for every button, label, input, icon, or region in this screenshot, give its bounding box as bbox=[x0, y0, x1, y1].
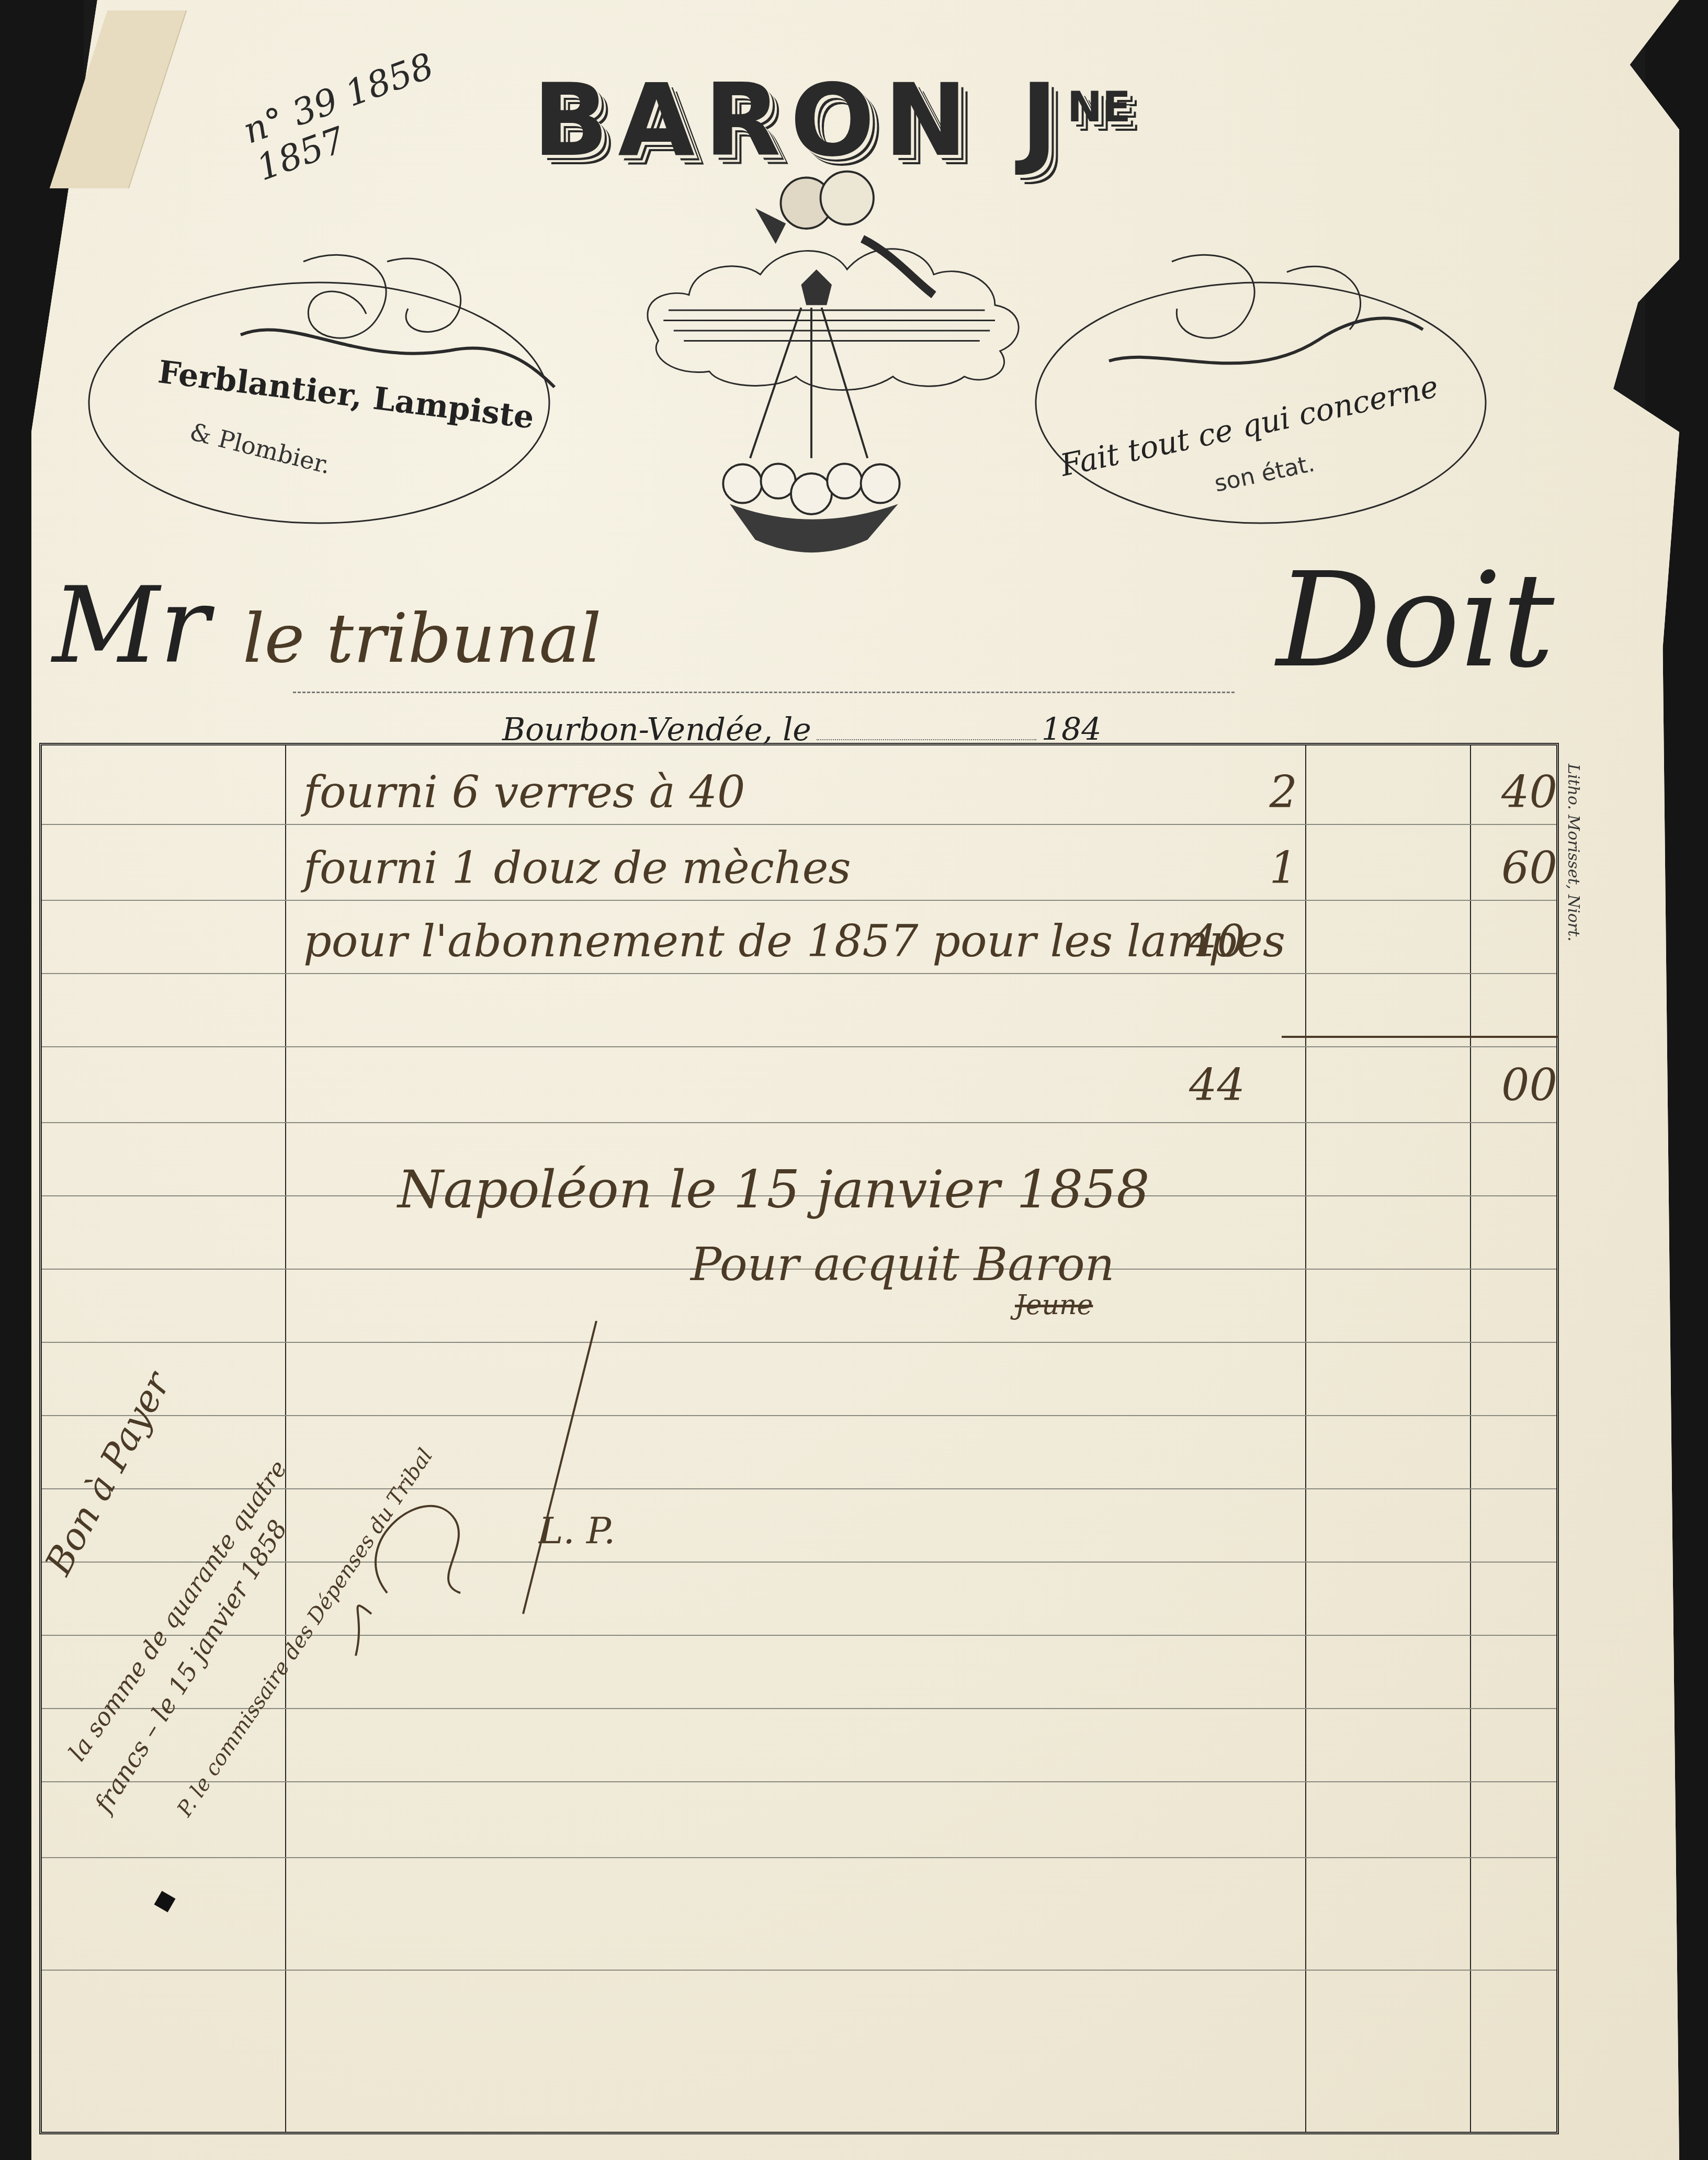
line-item-description: fourni 1 douz de mèches bbox=[303, 842, 851, 894]
ruled-line bbox=[42, 973, 1556, 974]
recipient-line: Mr le tribunal bbox=[52, 565, 602, 687]
brand-name: BARON J bbox=[533, 63, 1067, 178]
salutation: Mr bbox=[52, 565, 209, 687]
recipient-name: le tribunal bbox=[243, 598, 602, 678]
ruled-line bbox=[42, 1857, 1556, 1858]
invoice-table: fourni 6 verres à 40 2 40 fourni 1 douz … bbox=[39, 743, 1559, 2134]
line-item-francs: 2 bbox=[1167, 766, 1297, 818]
ruled-line bbox=[42, 1342, 1556, 1343]
date-blank bbox=[817, 739, 1036, 740]
payment-order-line3: francs – le 15 janvier 1858 bbox=[89, 1515, 293, 1818]
receipt-place-date: Napoléon le 15 janvier 1858 bbox=[398, 1159, 1150, 1220]
letterhead-brand: BARON JNE bbox=[528, 63, 1135, 178]
total-centimes: 00 bbox=[1501, 1059, 1606, 1111]
owes-heading: Doit bbox=[1276, 544, 1554, 696]
column-divider-description bbox=[285, 745, 286, 2132]
ruled-line bbox=[42, 1046, 1556, 1047]
line-item-centimes: 40 bbox=[1501, 766, 1606, 818]
cherub-chandelier-illustration-icon bbox=[628, 167, 1036, 575]
ruled-line bbox=[42, 1708, 1556, 1709]
ruled-line bbox=[42, 824, 1556, 825]
ruled-line bbox=[42, 1635, 1556, 1636]
ruled-line bbox=[42, 1970, 1556, 1971]
ruled-line bbox=[42, 900, 1556, 901]
recipient-underline bbox=[293, 692, 1235, 693]
ruled-line bbox=[42, 1415, 1556, 1416]
printer-credit: Litho. Morisset, Niort. bbox=[1564, 764, 1582, 942]
line-item-description: fourni 6 verres à 40 bbox=[303, 766, 745, 818]
receipt-struck-word: Jeune bbox=[1015, 1290, 1093, 1321]
receipt-signature: Pour acquit Baron bbox=[691, 1237, 1114, 1291]
ruled-line bbox=[42, 1122, 1556, 1123]
total-francs: 44 bbox=[1114, 1059, 1245, 1111]
line-item-francs: 1 bbox=[1167, 842, 1297, 894]
line-item-centimes: 60 bbox=[1501, 842, 1606, 894]
line-item-francs: 40 bbox=[1114, 915, 1245, 967]
payment-order-line1: Bon à Payer bbox=[37, 1365, 179, 1582]
column-divider-centimes bbox=[1470, 745, 1471, 2132]
column-divider-francs bbox=[1305, 745, 1306, 2132]
payment-order-signature-flourish-icon bbox=[324, 1321, 617, 1687]
ruled-line bbox=[42, 1781, 1556, 1782]
brand-suffix: NE bbox=[1067, 83, 1131, 131]
total-rule bbox=[1282, 1036, 1559, 1038]
